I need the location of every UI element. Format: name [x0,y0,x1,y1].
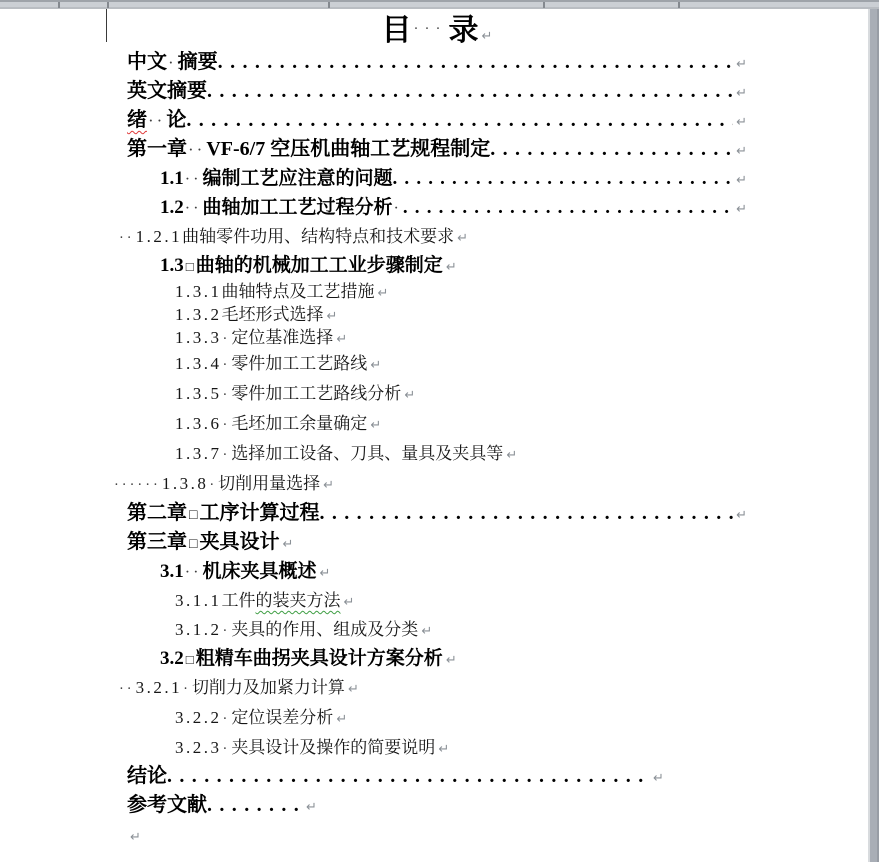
space-format-mark: · [223,735,231,764]
space-format-mark: ··· [414,21,447,37]
toc-entry[interactable]: 1.3.2 毛坯形式选择↵ [175,303,747,326]
toc-entry[interactable]: 绪··论. . . . . . . . . . . . . . . . . . … [127,106,747,135]
ruler-tick [107,2,109,8]
paragraph-mark-icon: ↵ [736,137,747,166]
toc-entry[interactable]: 1.1··编制工艺应注意的问题. . . . . . . . . . . . .… [160,164,747,193]
text-run: 第二章 [127,499,187,528]
toc-entry[interactable]: 1.3.4·零件加工工艺路线↵ [175,349,747,379]
text-run: 第一章 [127,135,187,164]
toc-entry[interactable]: 3.2.3·夹具设计及操作的简要说明↵ [175,733,747,762]
space-format-mark: · [223,380,231,410]
toc-entry[interactable]: 英文摘要. . . . . . . . . . . . . . . . . . … [127,77,747,106]
toc-entry[interactable]: 1.3.7·选择加工设备、刀具、量具及夹具等↵ [175,439,747,469]
paragraph-mark-icon: ↵ [327,305,338,328]
toc-entry[interactable]: 3.2□粗精车曲拐夹具设计方案分析↵ [160,644,747,673]
paragraph-mark-icon: ↵ [482,29,493,44]
paragraph-mark-icon: ↵ [446,253,457,282]
text-run: 1.3.4 [175,349,222,379]
dot-leader: . . . . . . . . . . . . . . . . . . . . … [319,499,733,528]
text-run: 目 [382,14,412,47]
toc-entry[interactable]: 1.3.3·定位基准选择↵ [175,326,747,349]
text-run: 工序计算过程 [199,499,319,528]
dot-leader: . . . . . . . . . . . . . . . . . . . . … [167,762,650,791]
paragraph-mark-icon: ↵ [736,166,747,195]
text-run: 论 [166,106,186,135]
paragraph-mark-icon: ↵ [130,820,141,856]
space-format-mark: ·· [119,674,135,704]
paragraph-mark-icon: ↵ [348,675,359,705]
text-run: 3.1.1 [175,586,222,615]
text-run: 曲轴的机械加工工业步骤制定 [196,251,443,280]
text-run: 结论 [127,762,167,791]
paragraph-mark-icon: ↵ [370,351,381,381]
dot-leader: . . . . . . . . . . . . . . . . . . . . … [218,48,733,77]
paragraph-mark-icon: ↵ [323,471,334,501]
text-run: 编制工艺应注意的问题 [203,164,393,193]
text-run: 夹具设计及操作的简要说明 [231,733,435,762]
text-run: 毛坯形式选择 [222,303,324,326]
text-run: 1.1 [160,164,184,193]
ideographic-space-mark: □ [189,501,197,530]
paragraph-mark-icon: ↵ [344,588,355,617]
dot-leader: . . . . . . . . . . . . . . . . . . . . … [393,164,734,193]
text-run: 工件 [222,586,256,615]
text-run: 3.2.3 [175,733,222,762]
space-format-mark: ······ [114,470,161,500]
text-run: 夹具的作用、组成及分类 [231,615,418,644]
toc-entry[interactable]: 第二章□工序计算过程. . . . . . . . . . . . . . . … [127,499,747,528]
space-format-mark: · [168,48,177,77]
ruler-tick [328,2,330,8]
paragraph-mark-icon: ↵ [336,328,347,351]
ruler-tick [543,2,545,8]
space-format-mark: ·· [188,135,205,164]
toc-entry[interactable]: 3.2.2·定位误差分析↵ [175,703,747,733]
dot-leader: . . . . . . . . . . . . . . . . . . . . … [403,193,733,222]
toc-entry[interactable]: ······1.3.8·切削用量选择↵ [113,469,747,499]
ideographic-space-mark: □ [186,252,194,281]
text-run: 3.1.2 [175,615,222,644]
toc-entry[interactable]: 第一章··VF-6/7 空压机曲轴工艺规程制定. . . . . . . . .… [127,135,747,164]
paragraph-mark-icon: ↵ [404,381,415,411]
ruler-tick [58,2,60,8]
text-run: 1.2 [160,193,184,222]
toc-entry[interactable]: ↵ [127,820,747,856]
toc-entry[interactable]: 3.1.1 工件的装夹方法↵ [175,586,747,615]
space-format-mark: ·· [185,194,202,223]
paragraph-mark-icon: ↵ [457,224,468,253]
toc-entry[interactable]: ··3.2.1·切削力及加紧力计算↵ [118,673,747,703]
text-run: 夹具设计 [199,528,279,557]
paragraph-mark-icon: ↵ [736,108,747,137]
text-run: 机床夹具概述 [203,557,317,586]
ideographic-space-mark: □ [189,530,197,559]
space-format-mark: · [223,350,231,380]
paragraph-mark-icon: ↵ [370,411,381,441]
text-run: 曲轴零件功用、结构特点和技术要求 [182,222,454,251]
text-run: 定位基准选择 [231,326,333,349]
text-run: 参考文献 [127,791,207,820]
space-format-mark: · [223,410,231,440]
dot-leader: . . . . . . . . . . . . . . . . . . . . … [490,135,733,164]
text-run: 1.3.5 [175,379,222,409]
text-run: 英文摘要 [127,77,207,106]
text-run: 曲轴特点及工艺措施 [222,280,375,303]
text-run: 1.3.8 [162,469,209,499]
space-format-mark: · [209,470,217,500]
toc-entry[interactable]: 中文·摘要. . . . . . . . . . . . . . . . . .… [127,48,747,77]
text-run: 第三章 [127,528,187,557]
text-run: 毛坯加工余量确定 [231,409,367,439]
text-run: 曲轴加工工艺过程分析 [203,193,393,222]
text-run: 零件加工工艺路线 [231,349,367,379]
space-format-mark: · [183,674,191,704]
ideographic-space-mark: □ [186,645,194,674]
space-format-mark: · [223,704,231,734]
text-run: 3.1 [160,557,184,586]
toc-entry[interactable]: 3.1.2·夹具的作用、组成及分类↵ [175,615,747,644]
text-run: 1.3.6 [175,409,222,439]
text-run: 定位误差分析 [231,703,333,733]
text-run: 1.2.1 [136,222,183,251]
paragraph-mark-icon: ↵ [336,705,347,735]
window-chrome-top [0,0,879,9]
text-run: 1.3 [160,251,184,280]
text-run: 的装夹方法 [256,586,341,615]
paragraph-mark-icon: ↵ [736,195,747,224]
toc-entry[interactable]: 1.3.5·零件加工工艺路线分析↵ [175,379,747,409]
toc-entry[interactable]: 结论. . . . . . . . . . . . . . . . . . . … [127,762,747,791]
text-run: 零件加工工艺路线分析 [231,379,401,409]
page-margin-strip [868,9,879,862]
paragraph-mark-icon: ↵ [320,559,331,588]
space-format-mark: ·· [148,106,165,135]
table-of-contents: 中文·摘要. . . . . . . . . . . . . . . . . .… [127,48,747,856]
text-run: 3.2.2 [175,703,222,733]
text-run: 3.2 [160,644,184,673]
paragraph-mark-icon: ↵ [736,50,747,79]
paragraph-mark-icon: ↵ [506,441,517,471]
paragraph-mark-icon: ↵ [306,793,317,822]
text-run: 3.2.1 [136,673,183,703]
toc-entry[interactable]: 1.3.1 曲轴特点及工艺措施↵ [175,280,747,303]
text-boundary-crop-mark [106,9,107,42]
toc-entry[interactable]: 3.1··机床夹具概述↵ [160,557,747,586]
text-run: 录 [449,14,479,47]
text-run: 1.3.1 [175,280,222,303]
paragraph-mark-icon: ↵ [421,617,432,646]
text-run: VF-6/7 空压机曲轴工艺规程制定 [206,135,490,164]
text-run: 1.3.7 [175,439,222,469]
paragraph-mark-icon: ↵ [446,646,457,675]
toc-entry[interactable]: 参考文献. . . . . . . . . . . . . . . . . . … [127,791,747,820]
toc-entry[interactable]: 第三章□夹具设计↵ [127,528,747,557]
paragraph-mark-icon: ↵ [653,764,664,793]
space-format-mark: · [394,194,402,223]
ruler-tick [678,2,680,8]
paragraph-mark-icon: ↵ [378,282,389,305]
space-format-mark: ·· [185,558,202,587]
dot-leader: . . . . . . . . . . . . . . . . . . . . … [186,106,733,135]
space-format-mark: · [223,440,231,470]
text-run: 摘要 [178,48,218,77]
toc-entry[interactable]: 1.2··曲轴加工工艺过程分析·. . . . . . . . . . . . … [160,193,747,222]
space-format-mark: · [223,617,231,646]
text-run: 中文 [127,48,167,77]
dot-leader: . . . . . . . . . . . . . . . . . . . . … [207,791,303,820]
paragraph-mark-icon: ↵ [282,530,293,559]
text-run: 1.3.3 [175,326,222,349]
text-run: 切削力及加紧力计算 [192,673,345,703]
paragraph-mark-icon: ↵ [736,79,747,108]
text-run: 选择加工设备、刀具、量具及夹具等 [231,439,503,469]
page-title: 目···录↵ [127,10,747,48]
toc-entry[interactable]: ··1.2.1 曲轴零件功用、结构特点和技术要求↵ [118,222,747,251]
space-format-mark: ·· [185,165,202,194]
text-run: 切削用量选择 [218,469,320,499]
space-format-mark: · [223,328,231,351]
space-format-mark: ·· [119,224,135,253]
text-run: 绪 [127,106,147,135]
text-run: 粗精车曲拐夹具设计方案分析 [196,644,443,673]
toc-entry[interactable]: 1.3.6·毛坯加工余量确定↵ [175,409,747,439]
dot-leader: . . . . . . . . . . . . . . . . . . . . … [207,77,733,106]
text-run: 1.3.2 [175,303,222,326]
toc-entry[interactable]: 1.3□曲轴的机械加工工业步骤制定↵ [160,251,747,280]
paragraph-mark-icon: ↵ [438,735,449,764]
paragraph-mark-icon: ↵ [736,501,747,530]
